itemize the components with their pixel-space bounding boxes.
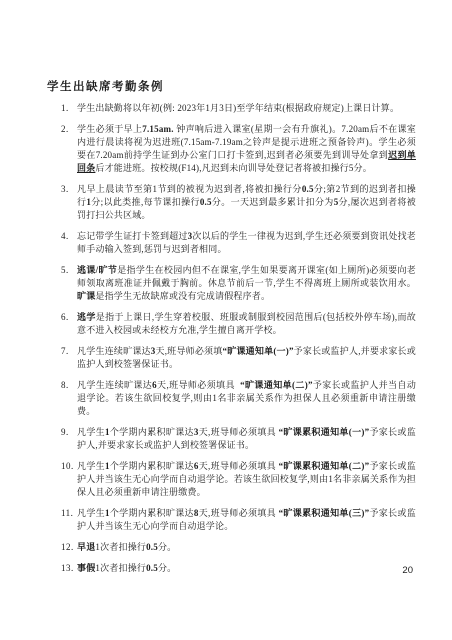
text-segment: 学生必须于早上: [77, 124, 142, 134]
item-text: 凡学生连续旷课达3天,班导师必须填“旷课通知单(一)”予家长或监护人,并要求家长…: [77, 345, 416, 371]
text-segment: 个学期内累积旷课达: [110, 461, 194, 471]
list-item: 5.逃课/旷节是指学生在校园内但不在课室,学生如果要离开课室(如上厕所)必须要向…: [61, 264, 416, 303]
text-segment: 分;以此类推,每节课扣操行: [91, 197, 200, 207]
item-text: 凡学生连续旷课达6天,班导师必须填具 “旷课通知单(二)”予家长或监护人并当自动…: [77, 379, 416, 418]
text-segment: “旷课累积通知单(二)”: [279, 461, 370, 471]
item-text: 逃学是指于上课日,学生穿着校服、班服或制服到校园范围后(包括校外停车场),而故意…: [77, 311, 416, 337]
text-segment: 早退: [77, 542, 95, 552]
item-text: 学生必须于早上7.15am. 钟声响后进入课室(星期一会有升旗礼)。7.20am…: [77, 123, 416, 175]
item-number: 8.: [61, 379, 77, 418]
document-content: 学生出缺席考勤条例 1.学生出缺勤将以年初(例: 2023年1月3日)至学年结束…: [47, 78, 416, 575]
text-segment: 1次者扣操行: [95, 542, 146, 552]
item-text: 逃课/旷节是指学生在校园内但不在课室,学生如果要离开课室(如上厕所)必须要向老师…: [77, 264, 416, 303]
text-segment: “旷课通知单(二)”: [240, 380, 313, 390]
text-segment: 事假: [77, 563, 95, 573]
item-text: 忘记带学生证打卡签到超过3次以后的学生一律视为迟到,学生还必须要到资讯处找老师手…: [77, 230, 416, 256]
text-segment: 分。: [158, 563, 176, 573]
list-item: 2.学生必须于早上7.15am. 钟声响后进入课室(星期一会有升旗礼)。7.20…: [61, 123, 416, 175]
rules-list: 1.学生出缺勤将以年初(例: 2023年1月3日)至学年结束(根据政府规定)上课…: [47, 102, 416, 575]
text-segment: “旷课通知单(一)”: [223, 346, 294, 356]
item-text: 凡学生1个学期内累积旷课达8天,班导师必须填具 “旷课累积通知单(三)”予家长或…: [77, 507, 416, 533]
text-segment: 逃课/旷节: [77, 265, 117, 275]
text-segment: 逃学: [77, 312, 96, 322]
list-item: 8.凡学生连续旷课达6天,班导师必须填具 “旷课通知单(二)”予家长或监护人并当…: [61, 379, 416, 418]
text-segment: 凡学生: [77, 427, 105, 437]
text-segment: 个学期内累积旷课达: [110, 427, 194, 437]
text-segment: 凡学生: [77, 508, 105, 518]
item-number: 10.: [61, 460, 77, 499]
text-segment: 凡学生连续旷课达: [77, 346, 151, 356]
text-segment: 凡早上晨读节至第1节到的被视为迟到者,将被扣操行分: [77, 184, 302, 194]
list-item: 7.凡学生连续旷课达3天,班导师必须填“旷课通知单(一)”予家长或监护人,并要求…: [61, 345, 416, 371]
list-item: 13.事假1次者扣操行0.5分。: [61, 562, 416, 575]
item-number: 9.: [61, 426, 77, 452]
text-segment: 个学期内累积旷课达: [110, 508, 194, 518]
item-text: 事假1次者扣操行0.5分。: [77, 562, 416, 575]
list-item: 10.凡学生1个学期内累积旷课达6天,班导师必须填具 “旷课累积通知单(二)”予…: [61, 460, 416, 499]
text-segment: 0.5: [146, 563, 158, 573]
item-text: 凡学生1个学期内累积旷课达6天,班导师必须填具 “旷课累积通知单(二)”予家长或…: [77, 460, 416, 499]
item-number: 1.: [61, 102, 77, 115]
list-item: 9.凡学生1个学期内累积旷课达3天,班导师必须填具 “旷课累积通知单(一)”予家…: [61, 426, 416, 452]
text-segment: 7.15am.: [142, 124, 173, 134]
list-item: 6.逃学是指于上课日,学生穿着校服、班服或制服到校园范围后(包括校外停车场),而…: [61, 311, 416, 337]
text-segment: 是指学生在校园内但不在课室,学生如果要离开课室(如上厕所)必须要向老师领取离班准…: [77, 265, 416, 288]
item-number: 12.: [61, 541, 77, 554]
text-segment: 旷课: [77, 291, 95, 301]
text-segment: 天,班导师必须填具: [199, 461, 279, 471]
item-text: 凡早上晨读节至第1节到的被视为迟到者,将被扣操行分0.5分;第2节到的迟到者扣操…: [77, 183, 416, 222]
list-item: 4.忘记带学生证打卡签到超过3次以后的学生一律视为迟到,学生还必须要到资讯处找老…: [61, 230, 416, 256]
item-number: 4.: [61, 230, 77, 256]
document-page: 学生出缺席考勤条例 1.学生出缺勤将以年初(例: 2023年1月3日)至学年结束…: [0, 0, 452, 640]
text-segment: 0.5: [146, 542, 158, 552]
text-segment: 忘记带学生证打卡签到超过: [77, 231, 188, 241]
item-number: 11.: [61, 507, 77, 533]
text-segment: 学生出缺勤将以年初(例: 2023年1月3日)至学年结束(根据政府规定)上课日计…: [77, 103, 399, 113]
text-segment: 凡学生: [77, 461, 105, 471]
text-segment: 后才能进班。按校规(F14),凡迟到未向训导处登记者将被扣操行5分。: [95, 163, 372, 173]
text-segment: 天,班导师必须填具: [157, 380, 240, 390]
text-segment: “旷课累积通知单(三)”: [279, 508, 370, 518]
text-segment: 天,班导师必须填: [155, 346, 222, 356]
item-number: 7.: [61, 345, 77, 371]
text-segment: 0.5: [302, 184, 314, 194]
text-segment: 分。一天迟到最多累计扣分为: [212, 197, 334, 207]
text-segment: 1次者扣操行: [95, 563, 146, 573]
text-segment: 是指于上课日,学生穿着校服、班服或制服到校园范围后(包括校外停车场),而故意不进…: [77, 312, 416, 335]
text-segment: “旷课累积通知单(一)”: [279, 427, 370, 437]
text-segment: 是指学生无故缺席或没有完成请假程序者。: [95, 291, 270, 301]
page-number: 20: [402, 565, 413, 576]
item-number: 5.: [61, 264, 77, 303]
text-segment: 天,班导师必须填具: [199, 508, 279, 518]
text-segment: 天,班导师必须填具: [199, 427, 279, 437]
list-item: 3.凡早上晨读节至第1节到的被视为迟到者,将被扣操行分0.5分;第2节到的迟到者…: [61, 183, 416, 222]
text-segment: 分。: [158, 542, 176, 552]
item-number: 3.: [61, 183, 77, 222]
item-number: 2.: [61, 123, 77, 175]
text-segment: 凡学生连续旷课达: [77, 380, 152, 390]
list-item: 12.早退1次者扣操行0.5分。: [61, 541, 416, 554]
document-title: 学生出缺席考勤条例: [47, 78, 416, 94]
item-number: 13.: [61, 562, 77, 575]
item-number: 6.: [61, 311, 77, 337]
text-segment: 0.5: [200, 197, 212, 207]
list-item: 1.学生出缺勤将以年初(例: 2023年1月3日)至学年结束(根据政府规定)上课…: [61, 102, 416, 115]
item-text: 凡学生1个学期内累积旷课达3天,班导师必须填具 “旷课累积通知单(一)”予家长或…: [77, 426, 416, 452]
list-item: 11.凡学生1个学期内累积旷课达8天,班导师必须填具 “旷课累积通知单(三)”予…: [61, 507, 416, 533]
item-text: 早退1次者扣操行0.5分。: [77, 541, 416, 554]
item-text: 学生出缺勤将以年初(例: 2023年1月3日)至学年结束(根据政府规定)上课日计…: [77, 102, 416, 115]
